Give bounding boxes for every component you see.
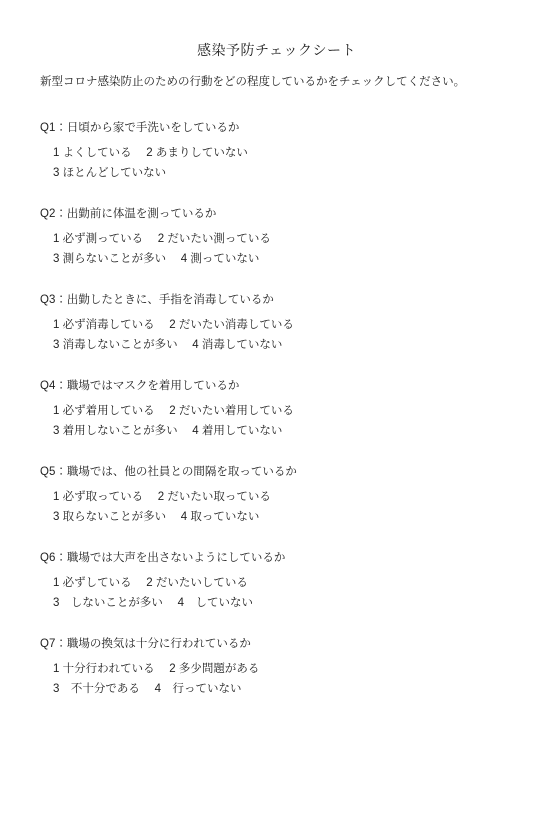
- question-options-row-2: 3 不十分である 4 行っていない: [53, 679, 533, 699]
- question-label: Q7：職場の換気は十分に行われているか: [40, 634, 533, 654]
- question-block-q7: Q7：職場の換気は十分に行われているか 1 十分行われている 2 多少問題がある…: [40, 634, 533, 699]
- checksheet-page: 感染予防チェックシート 新型コロナ感染防止のための行動をどの程度しているかをチェ…: [0, 0, 553, 822]
- instruction-text: 新型コロナ感染防止のための行動をどの程度しているかをチェックしてください。: [40, 72, 533, 92]
- question-options-row-2: 3 着用しないことが多い 4 着用していない: [53, 421, 533, 441]
- question-label: Q3：出勤したときに、手指を消毒しているか: [40, 290, 533, 310]
- question-options-row-1: 1 必ず取っている 2 だいたい取っている: [53, 487, 533, 507]
- question-block-q5: Q5：職場では、他の社員との間隔を取っているか 1 必ず取っている 2 だいたい…: [40, 462, 533, 527]
- question-block-q4: Q4：職場ではマスクを着用しているか 1 必ず着用している 2 だいたい着用して…: [40, 376, 533, 441]
- question-options-row-1: 1 よくしている 2 あまりしていない: [53, 143, 533, 163]
- question-options-row-2: 3 ほとんどしていない: [53, 163, 533, 183]
- question-options-row-2: 3 取らないことが多い 4 取っていない: [53, 507, 533, 527]
- question-label: Q4：職場ではマスクを着用しているか: [40, 376, 533, 396]
- question-options-row-1: 1 必ず消毒している 2 だいたい消毒している: [53, 315, 533, 335]
- question-block-q3: Q3：出勤したときに、手指を消毒しているか 1 必ず消毒している 2 だいたい消…: [40, 290, 533, 355]
- question-block-q1: Q1：日頃から家で手洗いをしているか 1 よくしている 2 あまりしていない 3…: [40, 118, 533, 183]
- question-options-row-1: 1 必ずしている 2 だいたいしている: [53, 573, 533, 593]
- question-label: Q2：出勤前に体温を測っているか: [40, 204, 533, 224]
- question-options-row-1: 1 必ず着用している 2 だいたい着用している: [53, 401, 533, 421]
- question-options-row-2: 3 測らないことが多い 4 測っていない: [53, 249, 533, 269]
- question-options-row-1: 1 必ず測っている 2 だいたい測っている: [53, 229, 533, 249]
- page-title: 感染予防チェックシート: [0, 40, 553, 60]
- question-block-q6: Q6：職場では大声を出さないようにしているか 1 必ずしている 2 だいたいして…: [40, 548, 533, 613]
- question-label: Q5：職場では、他の社員との間隔を取っているか: [40, 462, 533, 482]
- question-options-row-2: 3 消毒しないことが多い 4 消毒していない: [53, 335, 533, 355]
- question-options-row-1: 1 十分行われている 2 多少問題がある: [53, 659, 533, 679]
- question-options-row-2: 3 しないことが多い 4 していない: [53, 593, 533, 613]
- question-label: Q1：日頃から家で手洗いをしているか: [40, 118, 533, 138]
- question-block-q2: Q2：出勤前に体温を測っているか 1 必ず測っている 2 だいたい測っている 3…: [40, 204, 533, 269]
- question-label: Q6：職場では大声を出さないようにしているか: [40, 548, 533, 568]
